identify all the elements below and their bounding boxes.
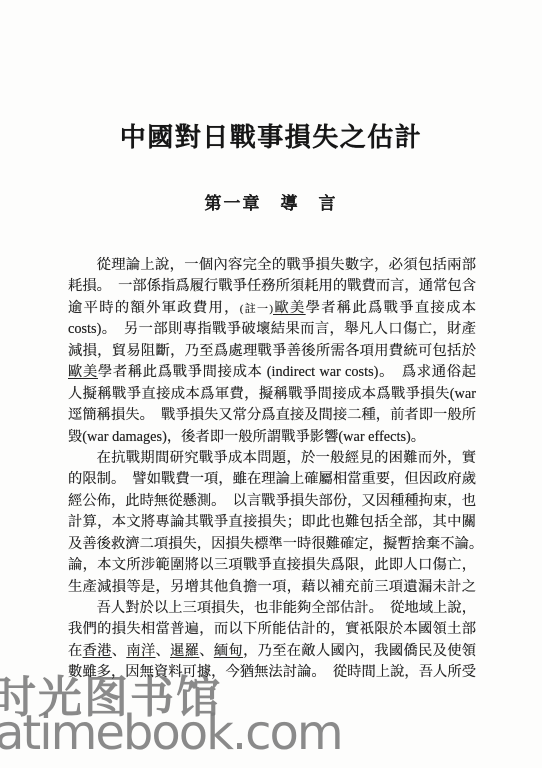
text-line: 從理論上說，一個內容完全的戰爭損失數字，必須包括兩部意義不同的 [68, 255, 476, 276]
text-line: 論，本文所涉範圍將以三項戰爭直接損失爲限，此即人口傷亡，財產損失及 [68, 555, 476, 576]
text-line: 經公佈，此時無從懸測。 以言戰爭損失部份，又因種種拘束，也是不能詳加 [68, 491, 476, 512]
text-line: 在香港、南洋、暹羅、緬甸，乃至在敵人國內，我國僑民及使領館所受損失爲 [68, 641, 476, 662]
text-line: 歐美學者稱此爲戰爭間接成本 (indirect war costs)。 爲求通俗… [68, 362, 476, 383]
text-line: 吾人對於以上三項損失，也非能夠全部估計。 從地域上說，敵人加諸 [68, 598, 476, 619]
text-line: 在抗戰期間研究戰爭成本問題，於一般經見的困難而外，實更有其特殊 [68, 448, 476, 469]
watermark-site-text: atimebook.com [0, 705, 342, 761]
text-line: 我們的損失相當普遍，而以下所能估計的，實祇限於本國領土部分，其他如 [68, 619, 476, 640]
body-text: 從理論上說，一個內容完全的戰爭損失數字，必須包括兩部意義不同的 耗損。 一部係指… [68, 255, 476, 684]
text-line: 及善後救濟二項損失，因損失標準一時很難確定，擬暫捨棄不論。 總結上 [68, 534, 476, 555]
text-line: 計算，本文將專論其戰爭直接損失；即此也難包括全部，其中關於貿易阻斷 [68, 512, 476, 533]
text-line: 耗損。 一部係指爲履行戰爭任務所須耗用的戰費而言，通常包含一切超 [68, 276, 476, 297]
text-line: 逾平時的額外軍政費用，(註一)歐美學者稱此爲戰爭直接成本 (direct war [68, 298, 476, 319]
text-line: costs)。 另一部則專指戰爭破壞結果而言，舉凡人口傷亡，財產損失，生產 [68, 319, 476, 340]
text-line: 減損，貿易阻斷，乃至爲處理戰爭善後所需各項用費統可包括於此類以內， [68, 341, 476, 362]
chapter-heading: 第一章 導 言 [0, 189, 542, 214]
text-line: 逕簡稱損失。 戰爭損失又常分爲直接及間接二種，前者即一般所謂戰爭損 [68, 405, 476, 426]
scanned-page: 中國對日戰事損失之估計 第一章 導 言 從理論上說，一個內容完全的戰爭損失數字，… [0, 0, 542, 768]
text-line: 的限制。 譬如戰費一項，雖在理論上確屬相當重要，但因政府歲計統計未 [68, 469, 476, 490]
document-title: 中國對日戰事損失之估計 [0, 117, 542, 154]
text-line: 毀(war damages)，後者即一般所謂戰爭影響(war effects)。 [68, 427, 476, 448]
text-line: 人擬稱戰爭直接成本爲軍費，擬稱戰爭間接成本爲戰爭損失(war losses)或 [68, 384, 476, 405]
text-line: 生產減損等是，另增其他負擔一項，藉以補充前三項遺漏未計之損失。 [68, 577, 476, 598]
text-line: 數雖多，因無資料可據，今猶無法討論。 從時間上說，吾人所受損失亦非止 [68, 662, 476, 683]
